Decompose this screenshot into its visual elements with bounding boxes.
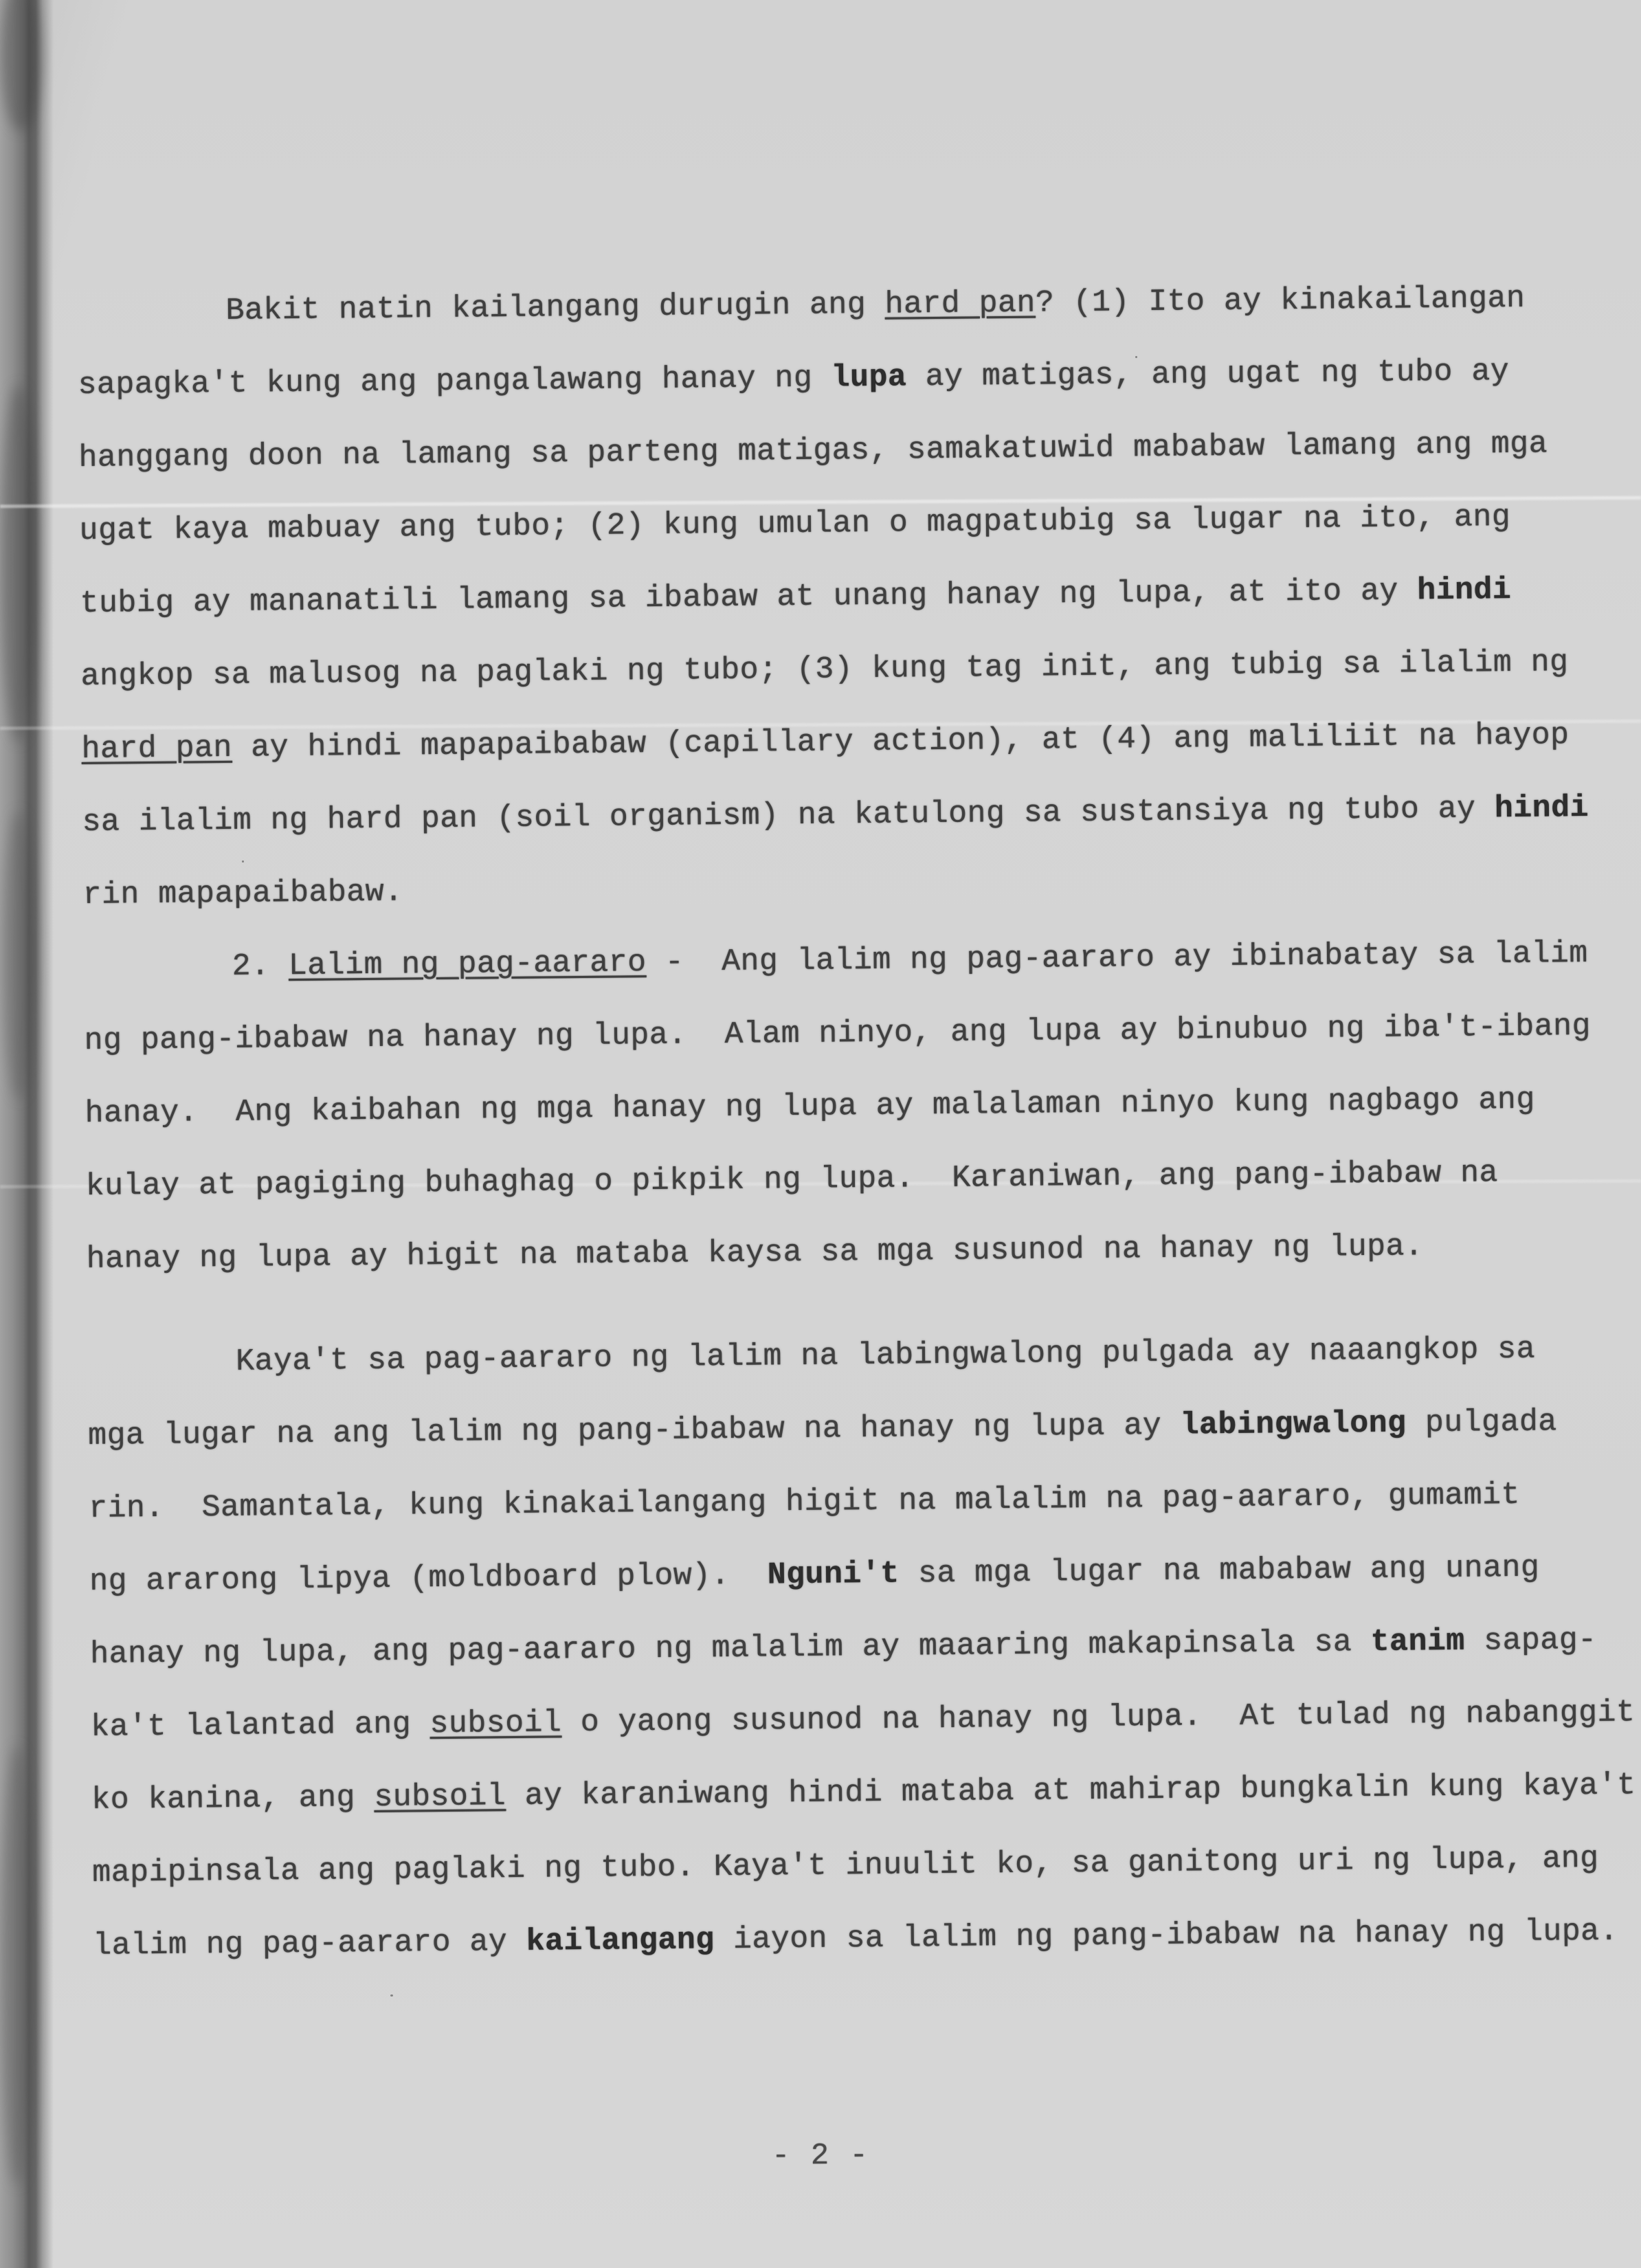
text-segment: ng pang-ibabaw na hanay ng lupa. Alam ni… [84, 1009, 1591, 1058]
text-segment: hard pan [884, 286, 1036, 322]
text-segment: sa ilalim ng hard pan (soil organism) na… [82, 791, 1495, 840]
text-segment: sa mga lugar na mababaw ang unang [899, 1550, 1539, 1592]
text-segment: tubig ay mananatili lamang sa ibabaw at … [80, 573, 1417, 621]
text-segment: kulay at pagiging buhaghag o pikpik ng l… [85, 1155, 1498, 1204]
page-number: - 2 - [0, 2133, 1641, 2179]
text-segment: ka't lalantad ang [91, 1706, 430, 1745]
text-segment: labingwalong [1180, 1406, 1406, 1443]
text-segment: Bakit natin kailangang durugin ang [225, 287, 885, 329]
text-segment: iayon sa lalim ng pang-ibabaw na hanay n… [714, 1914, 1618, 1958]
text-segment: subsoil [429, 1705, 561, 1742]
text-segment: rin. Samantala, kung kinakailangang higi… [89, 1478, 1520, 1526]
text-segment: angkop sa malusog na paglaki ng tubo; (3… [80, 645, 1568, 694]
text-segment: ay hindi mapapaibabaw (capillary action)… [232, 718, 1570, 766]
text-segment: o yaong susunod na hanay ng lupa. At tul… [561, 1695, 1635, 1740]
text-segment: Lalim ng pag-aararo [289, 945, 647, 983]
scanned-page: Bakit natin kailangang durugin ang hard … [0, 0, 1641, 2268]
text-segment: 2. [232, 948, 289, 984]
text-line: sa ilalim ng hard pan (soil organism) na… [82, 772, 1615, 859]
gutter-dark-blob [3, 811, 34, 1100]
text-segment: rin mapapaibabaw. [82, 874, 403, 912]
text-segment: ko kanina, ang [91, 1780, 375, 1818]
text-segment: hanay ng lupa ay higit na mataba kaysa s… [86, 1229, 1423, 1277]
gutter-dark-blob [0, 0, 41, 131]
typed-text: Bakit natin kailangang durugin ang hard … [77, 262, 1626, 1983]
text-segment: ugat kaya mabuay ang tubo; (2) kung umul… [79, 500, 1510, 548]
text-segment: ng ararong lipya (moldboard plow). [89, 1557, 768, 1599]
text-segment: hindi [1417, 572, 1512, 608]
scan-gutter-shadow [0, 0, 54, 2268]
text-segment: Nguni't [768, 1557, 900, 1593]
text-segment: kailangang [526, 1922, 715, 1959]
text-segment: ay matigas, ang ugat ng tubo ay [906, 354, 1509, 394]
text-segment: ? (1) Ito ay kinakailangan [1036, 281, 1526, 321]
text-segment: lalim ng pag-aararo ay [93, 1924, 526, 1964]
gutter-dark-blob [0, 385, 37, 742]
text-segment: - Ang lalim ng pag-aararo ay ibinabatay … [646, 936, 1588, 980]
gutter-dark-blob [0, 1746, 34, 2186]
text-segment: sapagka't kung ang pangalawang hanay ng [78, 360, 831, 403]
text-segment: mga lugar na ang lalim ng pang-ibabaw na… [88, 1408, 1181, 1454]
text-line: hanay ng lupa ay higit na mataba kaysa s… [86, 1209, 1619, 1296]
dust-speck [390, 1994, 393, 1997]
text-segment: hanay ng lupa, ang pag-aararo ng malalim… [90, 1625, 1371, 1672]
text-segment: hanggang doon na lamang sa parteng matig… [78, 426, 1548, 476]
text-segment: subsoil [374, 1779, 506, 1815]
text-segment: hard pan [81, 731, 232, 767]
text-segment: Kaya't sa pag-aararo ng lalim na labingw… [236, 1332, 1535, 1379]
text-segment: tanim [1370, 1624, 1465, 1660]
text-segment: mapipinsala ang paglaki ng tubo. Kaya't … [92, 1841, 1599, 1891]
text-line: lalim ng pag-aararo ay kailangang iayon … [93, 1895, 1626, 1982]
text-segment: hindi [1495, 790, 1589, 826]
text-segment: lupa [831, 359, 906, 395]
text-segment: hanay. Ang kaibahan ng mga hanay ng lupa… [85, 1082, 1535, 1131]
text-segment: pulgada [1406, 1404, 1557, 1441]
text-segment: ay karaniwang hindi mataba at mahirap bu… [506, 1768, 1636, 1814]
text-segment: sapag- [1464, 1623, 1596, 1659]
